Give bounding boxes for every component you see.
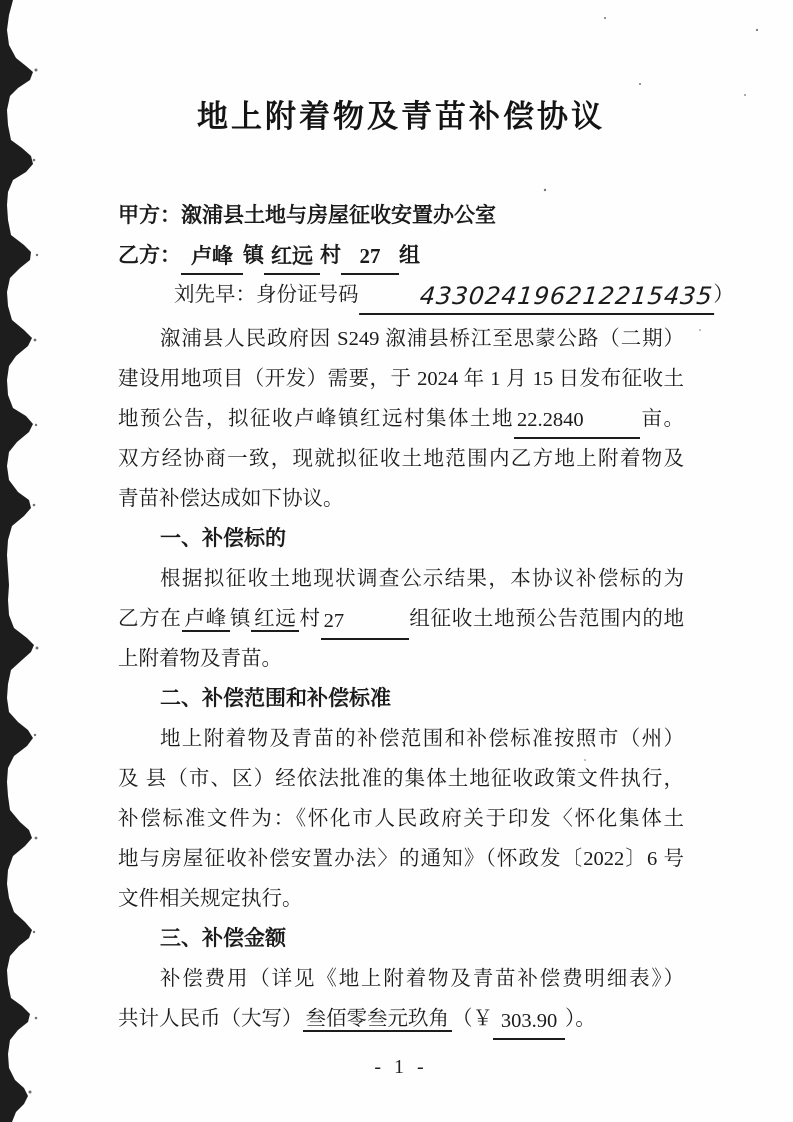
text-run: 二、补偿范围和补偿标准 bbox=[160, 687, 391, 710]
paragraph-line: 根据拟征收土地现状调查公示结果，本协议补偿标的为 bbox=[118, 559, 684, 599]
text-run: 刘先早：身份证号码 bbox=[174, 284, 359, 306]
underlined-blank: 22.2840 bbox=[514, 401, 640, 439]
text-run: 溆浦县人民政府因 S249 溆浦县桥江至思蒙公路（二期） bbox=[160, 328, 684, 350]
party-b-line: 乙方：卢峰镇红远村27组 bbox=[118, 235, 684, 275]
paragraph-line: 上附着物及青苗。 bbox=[118, 639, 684, 679]
text-run: 镇 bbox=[243, 243, 264, 267]
underlined-blank: 27 bbox=[341, 237, 399, 275]
paragraph-line: 青苗补偿达成如下协议。 bbox=[118, 479, 684, 519]
text-run: 地上附着物及青苗的补偿范围和补偿标准按照市（州） bbox=[160, 728, 684, 750]
text-run: 地预公告，拟征收卢峰镇红远村集体土地 bbox=[118, 408, 514, 430]
paragraph-line: 建设用地项目（开发）需要，于 2024 年 1 月 15 日发布征收土 bbox=[118, 359, 684, 399]
text-run: ）。 bbox=[565, 1008, 596, 1030]
text-run: 一、补偿标的 bbox=[160, 527, 286, 550]
id-line: 刘先早：身份证号码433024196212215435） bbox=[118, 275, 684, 315]
text-run: 村 bbox=[320, 243, 341, 267]
underlined-blank: 叁佰零叁元玖角 bbox=[303, 1008, 453, 1032]
text-run: 组征收土地预公告范围内的地 bbox=[409, 608, 684, 630]
text-run: （￥ bbox=[452, 1008, 493, 1030]
text-run: 村 bbox=[299, 608, 320, 630]
party-a-line: 甲方：溆浦县土地与房屋征收安置办公室 bbox=[118, 195, 684, 235]
text-run: 乙方： bbox=[118, 243, 181, 267]
paragraph-line: 溆浦县人民政府因 S249 溆浦县桥江至思蒙公路（二期） bbox=[118, 319, 684, 359]
text-run: 文件相关规定执行。 bbox=[118, 888, 303, 910]
text-run: 三、补偿金额 bbox=[160, 927, 286, 950]
paragraph-line: 乙方在卢峰镇红远村27组征收土地预公告范围内的地 bbox=[118, 599, 684, 639]
paragraph-line: 补偿标准文件为：《怀化市人民政府关于印发〈怀化集体土 bbox=[118, 799, 684, 839]
text-run: 及 县（市、区）经依法批准的集体土地征收政策文件执行， bbox=[118, 768, 684, 790]
text-run: 建设用地项目（开发）需要，于 2024 年 1 月 15 日发布征收土 bbox=[118, 368, 684, 390]
section-heading-3: 三、补偿金额 bbox=[118, 919, 684, 959]
text-run: 组 bbox=[399, 243, 420, 267]
document-page: 地上附着物及青苗补偿协议 甲方：溆浦县土地与房屋征收安置办公室乙方：卢峰镇红远村… bbox=[0, 0, 793, 1122]
text-run: 亩。 bbox=[640, 408, 684, 430]
paragraph-line: 地与房屋征收补偿安置办法〉的通知》（怀政发〔2022〕6 号 bbox=[118, 839, 684, 879]
section-heading-1: 一、补偿标的 bbox=[118, 519, 684, 559]
section-heading-2: 二、补偿范围和补偿标准 bbox=[118, 679, 684, 719]
handwritten-id-value: 433024196212215435 bbox=[359, 277, 718, 315]
underlined-blank: 卢峰 bbox=[181, 237, 243, 275]
paragraph-line: 共计人民币（大写）叁佰零叁元玖角（￥303.90）。 bbox=[118, 999, 684, 1039]
paragraph-line: 及 县（市、区）经依法批准的集体土地征收政策文件执行， bbox=[118, 759, 684, 799]
document-body: 甲方：溆浦县土地与房屋征收安置办公室乙方：卢峰镇红远村27组刘先早：身份证号码4… bbox=[118, 195, 684, 1039]
text-run: 甲方：溆浦县土地与房屋征收安置办公室 bbox=[118, 203, 496, 227]
underlined-blank: 红远 bbox=[251, 608, 299, 632]
text-run: 根据拟征收土地现状调查公示结果，本协议补偿标的为 bbox=[160, 568, 684, 590]
page-number: - 1 - bbox=[118, 1047, 684, 1087]
paragraph-line: 双方经协商一致，现就拟征收土地范围内乙方地上附着物及 bbox=[118, 439, 684, 479]
underlined-blank: 卢峰 bbox=[182, 608, 230, 632]
text-run: 地与房屋征收补偿安置办法〉的通知》（怀政发〔2022〕6 号 bbox=[118, 848, 684, 870]
document-title: 地上附着物及青苗补偿协议 bbox=[118, 95, 684, 139]
text-run: 镇 bbox=[230, 608, 251, 630]
text-run: 上附着物及青苗。 bbox=[118, 648, 282, 670]
text-run: 双方经协商一致，现就拟征收土地范围内乙方地上附着物及 bbox=[118, 448, 684, 470]
paragraph-line: 地上附着物及青苗的补偿范围和补偿标准按照市（州） bbox=[118, 719, 684, 759]
underlined-blank: 红远 bbox=[264, 237, 320, 275]
text-run: 共计人民币（大写） bbox=[118, 1008, 303, 1030]
underlined-blank: 303.90 bbox=[493, 1002, 565, 1040]
document-content: 地上附着物及青苗补偿协议 甲方：溆浦县土地与房屋征收安置办公室乙方：卢峰镇红远村… bbox=[118, 0, 684, 1087]
text-run: 青苗补偿达成如下协议。 bbox=[118, 488, 344, 510]
paragraph-line: 补偿费用（详见《地上附着物及青苗补偿费明细表》） bbox=[118, 959, 684, 999]
text-run: 补偿费用（详见《地上附着物及青苗补偿费明细表》） bbox=[160, 968, 684, 990]
text-run: 补偿标准文件为：《怀化市人民政府关于印发〈怀化集体土 bbox=[118, 808, 684, 830]
text-run: 乙方在 bbox=[118, 608, 182, 630]
paragraph-line: 文件相关规定执行。 bbox=[118, 879, 684, 919]
paragraph-line: 地预公告，拟征收卢峰镇红远村集体土地22.2840亩。 bbox=[118, 399, 684, 439]
underlined-blank: 27 bbox=[321, 602, 409, 640]
